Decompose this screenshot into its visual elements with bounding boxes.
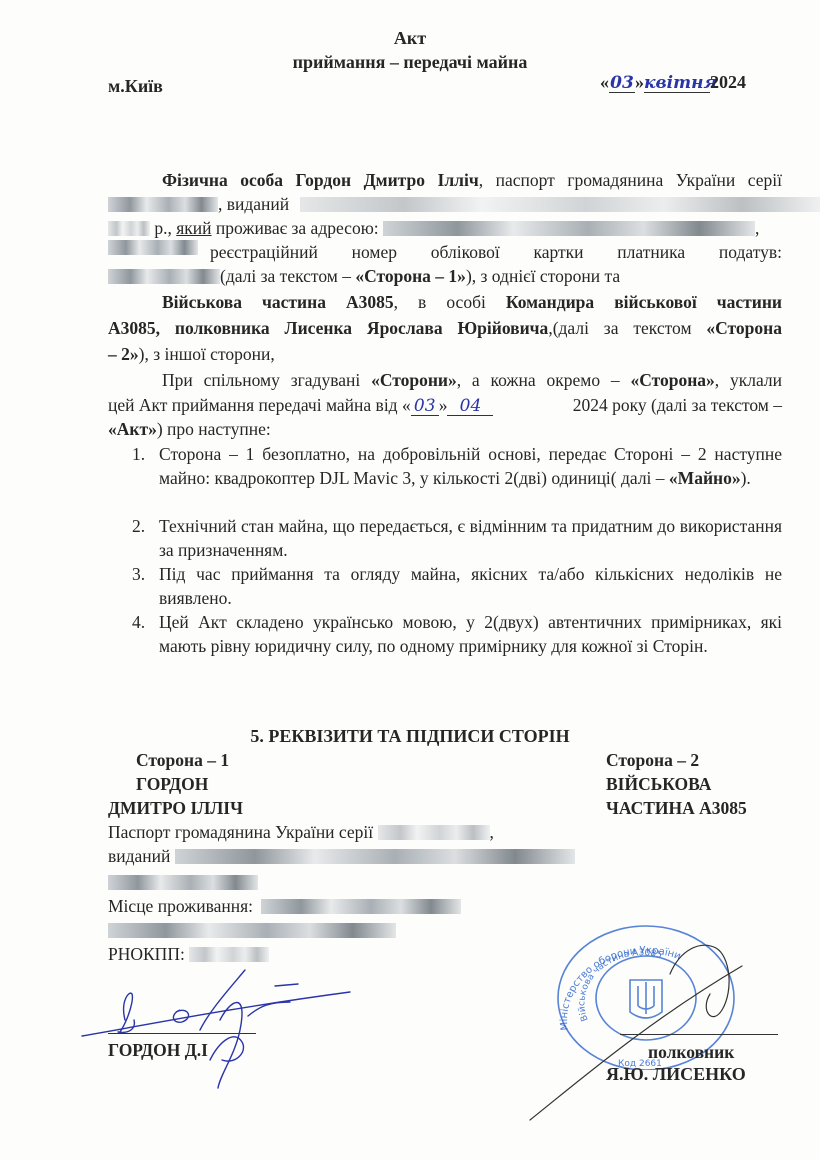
party1-passport: Паспорт громадянина України серії , — [108, 822, 494, 843]
redacted-street — [108, 923, 396, 938]
act-date-text: цей Акт приймання передачі майна від « — [108, 393, 411, 417]
passport-label: Паспорт громадянина України серії — [108, 822, 373, 842]
joint-text-c: , уклали — [715, 370, 782, 390]
parties-alias: «Сторони» — [371, 370, 457, 390]
act-date-quote: » — [439, 393, 448, 417]
party1-given-names: ДМИТРО ІЛЛІЧ — [108, 798, 243, 819]
date-month-blank: квітня — [644, 73, 710, 93]
party1-label: Сторона – 1 — [136, 750, 229, 771]
redacted-address — [383, 221, 755, 236]
party1-line-3: р., який проживає за адресою: , — [108, 216, 782, 240]
party1-residence: Місце проживання: — [108, 896, 461, 917]
item-number: 1. — [132, 442, 145, 466]
issued-text: , виданий — [218, 194, 289, 214]
list-item-3: 3. Під час приймання та огляду майна, як… — [132, 562, 782, 610]
list-item-2: 2. Технічний стан майна, що передається,… — [132, 514, 782, 562]
represented-by: , в особі — [394, 292, 506, 312]
act-month-handwritten: 04 — [460, 396, 482, 416]
party2-alias-a: «Сторона — [706, 318, 782, 338]
redacted-residence — [261, 899, 461, 914]
date-year: 2024 — [710, 72, 746, 92]
act-day-blank: 03 — [411, 396, 439, 416]
city: м.Київ — [108, 76, 163, 97]
residence-label: Місце проживання: — [108, 896, 253, 916]
party1-signature-icon — [70, 960, 370, 1090]
party1-alias: «Сторона – 1» — [355, 266, 466, 286]
redacted-year — [108, 221, 150, 236]
joint-line-2: цей Акт приймання передачі майна від « 0… — [108, 393, 782, 417]
act-year-text: 2024 року (далі за текстом – — [493, 393, 782, 417]
joint-line-1: При спільному згадувані «Сторони», а кож… — [108, 368, 782, 392]
party2-label: Сторона – 2 — [606, 750, 699, 771]
redacted-passport — [378, 825, 490, 840]
date-quote-close: » — [635, 72, 644, 92]
party1-residence-cont — [108, 920, 396, 941]
tax-number-label: реєстраційний номер облікової картки пла… — [210, 240, 782, 264]
issued-label: виданий — [108, 846, 170, 866]
party1-line-1: Фізична особа Гордон Дмитро Ілліч, паспо… — [108, 168, 782, 192]
party2-name-line-2: ЧАСТИНА А3085 — [606, 798, 747, 819]
list-item-1: 1. Сторона – 1 безоплатно, на добровільн… — [132, 442, 782, 514]
commander-name: А3085, полковника Лисенка Ярослава Юрійо… — [108, 318, 548, 338]
hereinafter-text-2: ,(далі за текстом — [548, 318, 706, 338]
party1-line-5: (далі за текстом – «Сторона – 1»), з одн… — [108, 264, 782, 288]
party2-name: Військова частина А3085 — [162, 292, 394, 312]
act-day-handwritten: 03 — [414, 396, 436, 416]
section-5-title: 5. РЕКВІЗИТИ ТА ПІДПИСИ СТОРІН — [0, 726, 820, 747]
item-text: Технічний стан майна, що передається, є … — [159, 514, 782, 562]
item-text: Сторона – 1 безоплатно, на добровільній … — [159, 442, 782, 490]
party2-rank: полковник — [648, 1042, 734, 1063]
item-number: 2. — [132, 514, 145, 538]
hereinafter-text: далі за текстом – — [226, 266, 356, 286]
party1-line-2: , виданий — [108, 192, 782, 216]
item-text: Цей Акт складено українсько мовою, у 2(д… — [159, 610, 782, 658]
one-side-text: ), з однієї сторони та — [466, 266, 620, 286]
item-number: 3. — [132, 562, 145, 586]
party1-issued: виданий — [108, 846, 575, 867]
date-day-handwritten: 03 — [610, 73, 634, 93]
party2-line-2: А3085, полковника Лисенка Ярослава Юрійо… — [108, 316, 782, 340]
year-suffix: р., — [154, 218, 176, 238]
party1-surname: ГОРДОН — [136, 774, 208, 795]
party1-name: Фізична особа Гордон Дмитро Ілліч — [162, 170, 479, 190]
act-alias: «Акт» — [108, 419, 157, 439]
joint-text-b: , а кожна окремо – — [457, 370, 631, 390]
party2-line-1: Військова частина А3085, в особі Команди… — [108, 290, 782, 314]
party1-signature-name: ГОРДОН Д.І — [108, 1040, 208, 1061]
party-alias: «Сторона» — [630, 370, 714, 390]
party2-signature-icon — [520, 930, 760, 1130]
redacted-passport-series — [108, 197, 218, 212]
list-item-4: 4. Цей Акт складено українсько мовою, у … — [132, 610, 782, 682]
party1-line-4: реєстраційний номер облікової картки пла… — [108, 240, 782, 264]
party2-name-line-1: ВІЙСЬКОВА — [606, 774, 711, 795]
redacted-house — [108, 240, 198, 255]
party2-line-3: – 2»), з іншої сторони, — [108, 342, 782, 366]
party1-passport-text: , паспорт громадянина України серії — [479, 170, 782, 190]
commander-title: Командира військової частини — [506, 292, 782, 312]
item-text: Під час приймання та огляду майна, якісн… — [159, 562, 782, 610]
document-subtitle: приймання – передачі майна — [0, 52, 820, 73]
party2-alias-b: – 2» — [108, 344, 139, 364]
joint-text-a: При спільному згадувані — [162, 370, 371, 390]
underlined-word: який — [176, 218, 211, 238]
redacted-issuer-2 — [175, 849, 575, 864]
property-alias: «Майно» — [669, 468, 741, 488]
date-quote-open: « — [600, 72, 609, 92]
redacted-tax-number — [108, 269, 220, 284]
act-month-blank: 04 — [447, 396, 493, 416]
party2-signature-name: Я.Ю. ЛИСЕНКО — [606, 1064, 746, 1085]
redacted-issuer — [300, 197, 820, 212]
date-day-blank: 03 — [609, 73, 635, 93]
party1-issued-cont — [108, 872, 258, 893]
other-side-text: ), з іншої сторони, — [139, 344, 275, 364]
document-title: Акт — [0, 28, 820, 49]
redacted-issue-date — [108, 875, 258, 890]
address-label: проживає за адресою: — [212, 218, 379, 238]
item-number: 4. — [132, 610, 145, 634]
document-date: «03»квітня2024 — [600, 72, 746, 93]
date-month-handwritten: квітня — [644, 73, 717, 93]
following-text: ) про наступне: — [157, 419, 271, 439]
joint-line-3: «Акт») про наступне: — [108, 417, 782, 441]
item-text-b: ). — [741, 468, 751, 488]
